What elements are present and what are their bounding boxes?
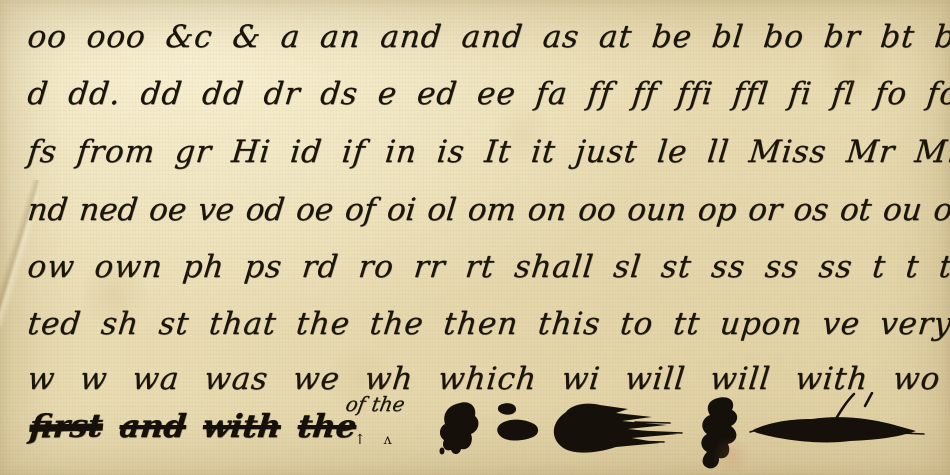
aged-paper-document: oo ooo &c & a an and and as at be bl bo … xyxy=(0,0,950,475)
specimen-line-5: ow own ph ps rd ro rr rt shall sl st ss … xyxy=(26,252,950,283)
ink-marks xyxy=(420,392,930,475)
struck-words: first and with the xyxy=(28,410,358,442)
specimen-line-3: fs from gr Hi id if in is It it just le … xyxy=(26,137,950,168)
pen-stroke-icon xyxy=(865,393,872,406)
struck-word-with: with xyxy=(201,410,282,442)
ink-smear-streaked-icon xyxy=(554,404,678,453)
specimen-line-2: d dd. dd dd dr ds e ed ee fa ff ff ffi f… xyxy=(26,79,950,110)
specimen-line-6: ted sh st that the the then this to tt u… xyxy=(26,309,950,340)
ink-blot-icon xyxy=(440,402,479,454)
ink-streak-icon xyxy=(625,441,664,442)
ink-blot-tall-icon xyxy=(701,397,737,468)
struck-word-and: and xyxy=(118,410,188,442)
insertion-carets: ↑ ʌ xyxy=(354,432,392,448)
struck-word-first: first xyxy=(28,409,104,442)
ink-streak-icon xyxy=(635,422,670,423)
caret-mark-icon: ʌ xyxy=(384,432,392,448)
specimen-line-7: w w wa was we wh which wi will will with… xyxy=(26,364,950,395)
ink-splatter-icon xyxy=(497,403,538,440)
pen-stroke-icon xyxy=(900,433,924,434)
specimen-line-8: first and with the of the ↑ ʌ xyxy=(0,392,950,475)
specimen-line-4: nd ned oe ve od oe of oi ol om on oo oun… xyxy=(26,195,950,226)
caret-mark-icon: ↑ xyxy=(354,432,366,448)
specimen-line-1: oo ooo &c & a an and and as at be bl bo … xyxy=(26,22,950,53)
ink-drip-icon xyxy=(440,448,445,455)
